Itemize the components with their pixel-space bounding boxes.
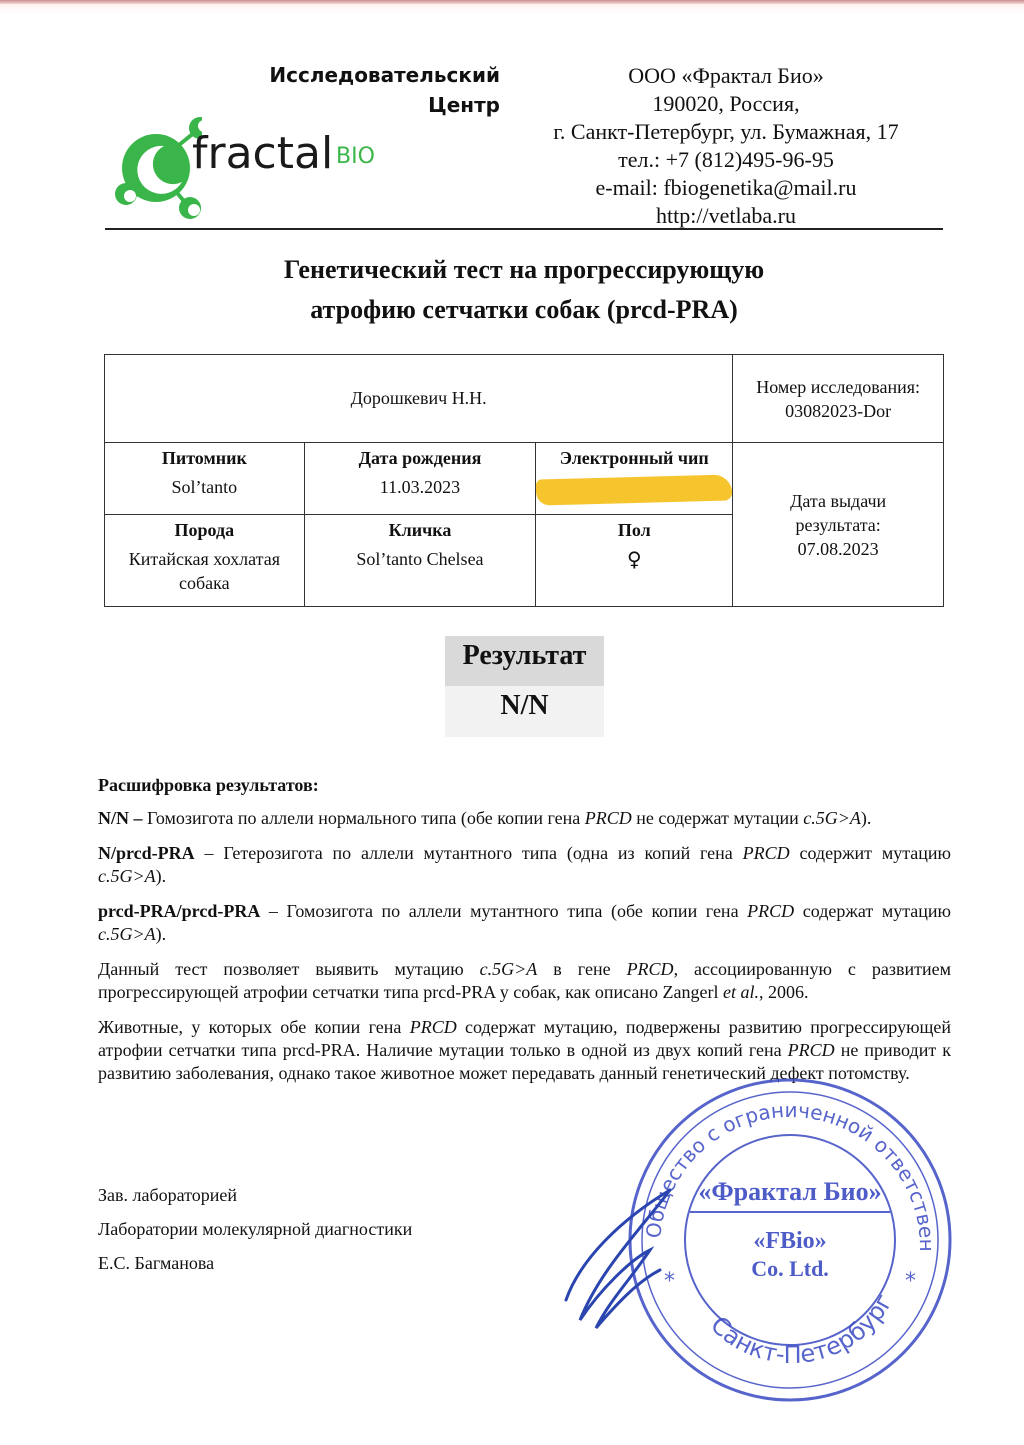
paragraph-text: в гене [537,959,626,979]
company-address: г. Санкт-Петербург, ул. Бумажная, 17 [520,118,932,146]
signature-block: Зав. лабораторией Лаборатории молекулярн… [98,1178,412,1280]
company-name: ООО «Фрактал Био» [520,62,932,90]
mutation-name: c.5G>A [803,808,861,828]
genotype-code: N/N – [98,808,143,828]
genotype-text: – Гетерозигота по аллели мутантного типа… [195,843,743,863]
interpretation-heading: Расшифровка результатов: [98,774,951,797]
issue-date-label-line1: Дата выдачи [733,489,943,513]
citation-etal: et al. [723,982,759,1002]
svg-text:Санкт-Петербург: Санкт-Петербург [705,1289,898,1369]
mutation-name: c.5G>A [480,959,538,979]
title-line1: Генетический тест на прогрессирующую [150,250,898,290]
breed-value: Китайская хохлатая собака [105,541,304,595]
issue-date-value: 07.08.2023 [733,537,943,561]
company-website[interactable]: http://vetlaba.ru [520,202,932,230]
result-value: N/N [445,686,604,737]
gene-name: PRCD [788,1040,835,1060]
kennel-cell: Питомник Sol’tanto [105,443,305,515]
stamp-ring-bottom-text: Санкт-Петербург [705,1289,898,1369]
patient-info-table: Дорошкевич Н.Н. Номер исследования: 0308… [104,354,944,607]
genotype-text: ). [156,924,167,944]
birth-date-value: 11.03.2023 [305,469,536,499]
genotype-text: содержат мутацию [794,901,951,921]
genotype-code: prcd-PRA/prcd-PRA [98,901,260,921]
dog-name-label: Кличка [305,515,536,541]
genotype-item: N/prcd-PRA – Гетерозигота по аллели мута… [98,842,951,888]
interpretation-section: Расшифровка результатов: N/N – Гомозигот… [98,774,951,1097]
kennel-value: Sol’tanto [105,469,304,499]
company-postal: 190020, Россия, [520,90,932,118]
company-logo: fractal BIO [112,112,402,222]
signer-department: Лаборатории молекулярной диагностики [98,1212,412,1246]
breed-cell: Порода Китайская хохлатая собака [105,515,305,607]
gene-name: PRCD [627,959,674,979]
stamp-star-icon: * [905,1269,916,1294]
result-box: Результат N/N [445,636,604,737]
issue-date-cell: Дата выдачи результата: 07.08.2023 [733,443,944,607]
paragraph-text: , 2006. [759,982,809,1002]
issue-date-label-line2: результата: [733,513,943,537]
paragraph-text: Животные, у которых обе копии гена [98,1017,410,1037]
stamp-center-short: «FBio» [753,1228,826,1254]
genotype-item: prcd-PRA/prcd-PRA – Гомозигота по аллели… [98,900,951,946]
chip-label: Электронный чип [536,443,732,469]
study-number-label: Номер исследования: [733,375,943,399]
company-email[interactable]: e-mail: fbiogenetika@mail.ru [520,174,932,202]
study-number-cell: Номер исследования: 03082023-Dor [733,355,944,443]
stamp-center-name: «Фрактал Био» [698,1177,881,1206]
document-title: Генетический тест на прогрессирующую атр… [150,250,898,330]
gene-name: PRCD [747,901,794,921]
signer-title: Зав. лабораторией [98,1178,412,1212]
genotype-text: ). [861,808,872,828]
breed-line1: Китайская хохлатая [105,547,304,571]
dog-name-value: Sol’tanto Chelsea [305,541,536,571]
owner-cell: Дорошкевич Н.Н. [105,355,733,443]
research-center-label: Исследовательский Центр [230,60,500,120]
logo-wordmark: fractal [192,128,333,179]
genotype-code: N/prcd-PRA [98,843,195,863]
paragraph-text: Данный тест позволяет выявить мутацию [98,959,480,979]
title-line2: атрофию сетчатки собак (prcd-PRA) [150,290,898,330]
header-divider [105,228,943,230]
logo-suffix: BIO [336,144,375,169]
gene-name: PRCD [410,1017,457,1037]
molecule-logo-icon [112,112,202,222]
company-phone: тел.: +7 (812)495-96-95 [520,146,932,174]
mutation-name: c.5G>A [98,866,156,886]
gene-name: PRCD [585,808,632,828]
breed-label: Порода [105,515,304,541]
test-description-paragraph: Данный тест позволяет выявить мутацию c.… [98,958,951,1004]
mutation-name: c.5G>A [98,924,156,944]
dog-name-cell: Кличка Sol’tanto Chelsea [304,515,536,607]
genotype-item: N/N – Гомозигота по аллели нормального т… [98,807,951,830]
stamp-center-ltd: Co. Ltd. [751,1256,829,1281]
study-number: 03082023-Dor [733,399,943,423]
breed-line2: собака [105,571,304,595]
genotype-text: не содержат мутации [632,808,803,828]
chip-redaction-mark [536,474,733,505]
signer-name: Е.С. Багманова [98,1246,412,1280]
genotype-text: Гомозигота по аллели нормального типа (о… [143,808,585,828]
gene-name: PRCD [743,843,790,863]
handwritten-signature [560,1180,680,1330]
sex-cell: Пол ♀ [536,515,733,607]
genotype-text: содержит мутацию [790,843,951,863]
top-edge-fade [0,4,1024,14]
birth-date-label: Дата рождения [305,443,536,469]
research-center-line1: Исследовательский [230,60,500,90]
female-symbol-icon: ♀ [536,541,732,571]
kennel-label: Питомник [105,443,304,469]
genotype-text: – Гомозигота по аллели мутантного типа (… [260,901,747,921]
sex-label: Пол [536,515,732,541]
birth-date-cell: Дата рождения 11.03.2023 [304,443,536,515]
owner-name: Дорошкевич Н.Н. [351,388,487,408]
chip-cell: Электронный чип [536,443,733,515]
company-contacts: ООО «Фрактал Био» 190020, Россия, г. Сан… [520,62,932,230]
result-label: Результат [445,636,604,686]
genotype-text: ). [156,866,167,886]
